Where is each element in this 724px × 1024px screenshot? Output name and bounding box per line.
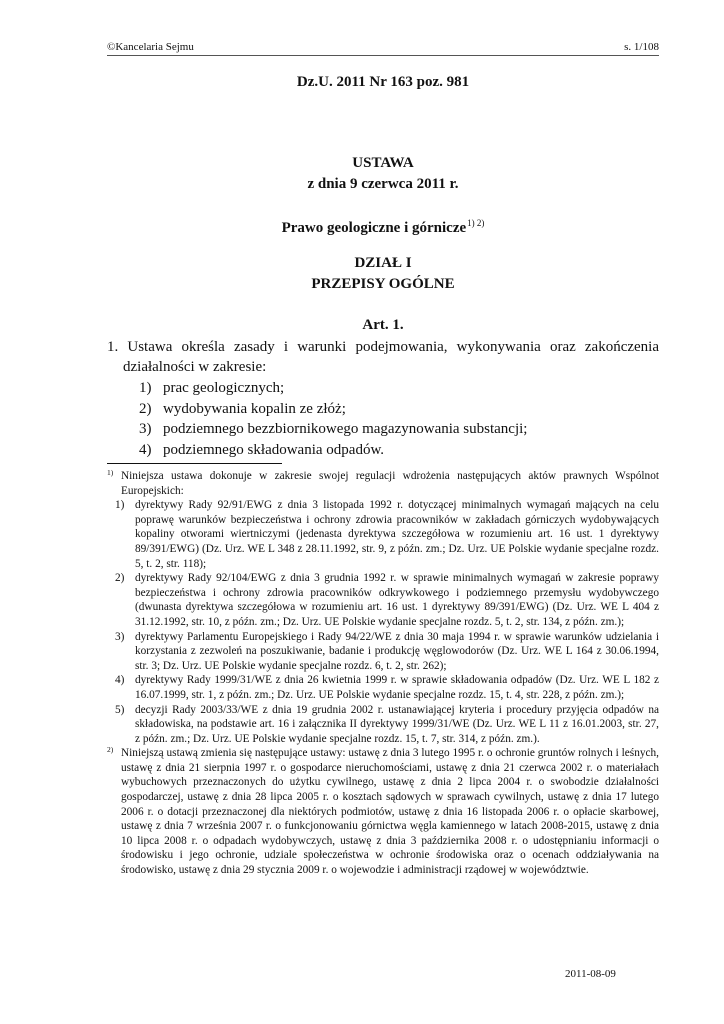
list-item: 2) wydobywania kopalin ze złóż;: [139, 399, 527, 420]
footnotes: 1) Niniejsza ustawa dokonuje w zakresie …: [107, 469, 659, 878]
act-type-heading: USTAWA: [107, 154, 659, 172]
point-text: prac geologicznych;: [163, 378, 284, 399]
document-date: 2011-08-09: [565, 968, 616, 980]
act-title-footnote-marks[interactable]: 1) 2): [467, 218, 484, 228]
act-title-text: Prawo geologiczne i górnicze: [282, 220, 467, 236]
journal-reference: Dz.U. 2011 Nr 163 poz. 981: [107, 73, 659, 91]
item-text: decyzji Rady 2003/33/WE z dnia 19 grudni…: [135, 704, 659, 745]
footnote-list-item: 4) dyrektywy Rady 1999/31/WE z dnia 26 k…: [107, 673, 659, 702]
footnote-list-item: 3) dyrektywy Parlamentu Europejskiego i …: [107, 630, 659, 674]
point-number: 2): [139, 399, 163, 420]
footnote-list-item: 5) decyzji Rady 2003/33/WE z dnia 19 gru…: [107, 703, 659, 747]
footnote-mark: 2): [107, 743, 113, 758]
paragraph-text: Ustawa określa zasady i warunki podejmow…: [123, 339, 659, 375]
footnote-2: 2) Niniejszą ustawą zmienia się następuj…: [107, 746, 659, 877]
part-title: PRZEPISY OGÓLNE: [107, 275, 659, 293]
article-number: Art. 1.: [107, 316, 659, 334]
item-number: 4): [115, 673, 124, 688]
list-item: 4) podziemnego składowania odpadów.: [139, 440, 527, 461]
footnote-1: 1) Niniejsza ustawa dokonuje w zakresie …: [107, 469, 659, 498]
act-date: z dnia 9 czerwca 2011 r.: [107, 175, 659, 193]
item-number: 5): [115, 703, 124, 718]
paragraph-number: 1.: [107, 339, 118, 355]
point-text: wydobywania kopalin ze złóż;: [163, 399, 346, 420]
item-text: dyrektywy Rady 92/91/EWG z dnia 3 listop…: [135, 499, 659, 569]
article-paragraph: 1. Ustawa określa zasady i warunki podej…: [107, 337, 659, 378]
part-number: DZIAŁ I: [107, 254, 659, 272]
point-number: 1): [139, 378, 163, 399]
footnote-mark: 1): [107, 466, 113, 481]
item-text: dyrektywy Rady 92/104/EWG z dnia 3 grudn…: [135, 572, 659, 628]
list-item: 3) podziemnego bezzbiornikowego magazyno…: [139, 419, 527, 440]
page-number: s. 1/108: [624, 41, 659, 54]
item-text: dyrektywy Parlamentu Europejskiego i Rad…: [135, 631, 659, 672]
item-text: dyrektywy Rady 1999/31/WE z dnia 26 kwie…: [135, 674, 659, 701]
item-number: 2): [115, 571, 124, 586]
footnote-list-item: 1) dyrektywy Rady 92/91/EWG z dnia 3 lis…: [107, 498, 659, 571]
point-number: 4): [139, 440, 163, 461]
point-number: 3): [139, 419, 163, 440]
footnote-text: Niniejszą ustawą zmienia się następujące…: [121, 747, 659, 876]
publisher-label: ©Kancelaria Sejmu: [107, 41, 194, 54]
footnote-text: Niniejsza ustawa dokonuje w zakresie swo…: [121, 470, 659, 497]
footnote-separator: [107, 463, 282, 464]
running-header: ©Kancelaria Sejmu s. 1/108: [107, 41, 659, 56]
item-number: 3): [115, 630, 124, 645]
item-number: 1): [115, 498, 124, 513]
list-item: 1) prac geologicznych;: [139, 378, 527, 399]
act-title: Prawo geologiczne i górnicze1) 2): [107, 214, 659, 237]
point-text: podziemnego bezzbiornikowego magazynowan…: [163, 419, 527, 440]
footnote-list-item: 2) dyrektywy Rady 92/104/EWG z dnia 3 gr…: [107, 571, 659, 629]
point-text: podziemnego składowania odpadów.: [163, 440, 384, 461]
article-points-list: 1) prac geologicznych; 2) wydobywania ko…: [139, 378, 527, 460]
